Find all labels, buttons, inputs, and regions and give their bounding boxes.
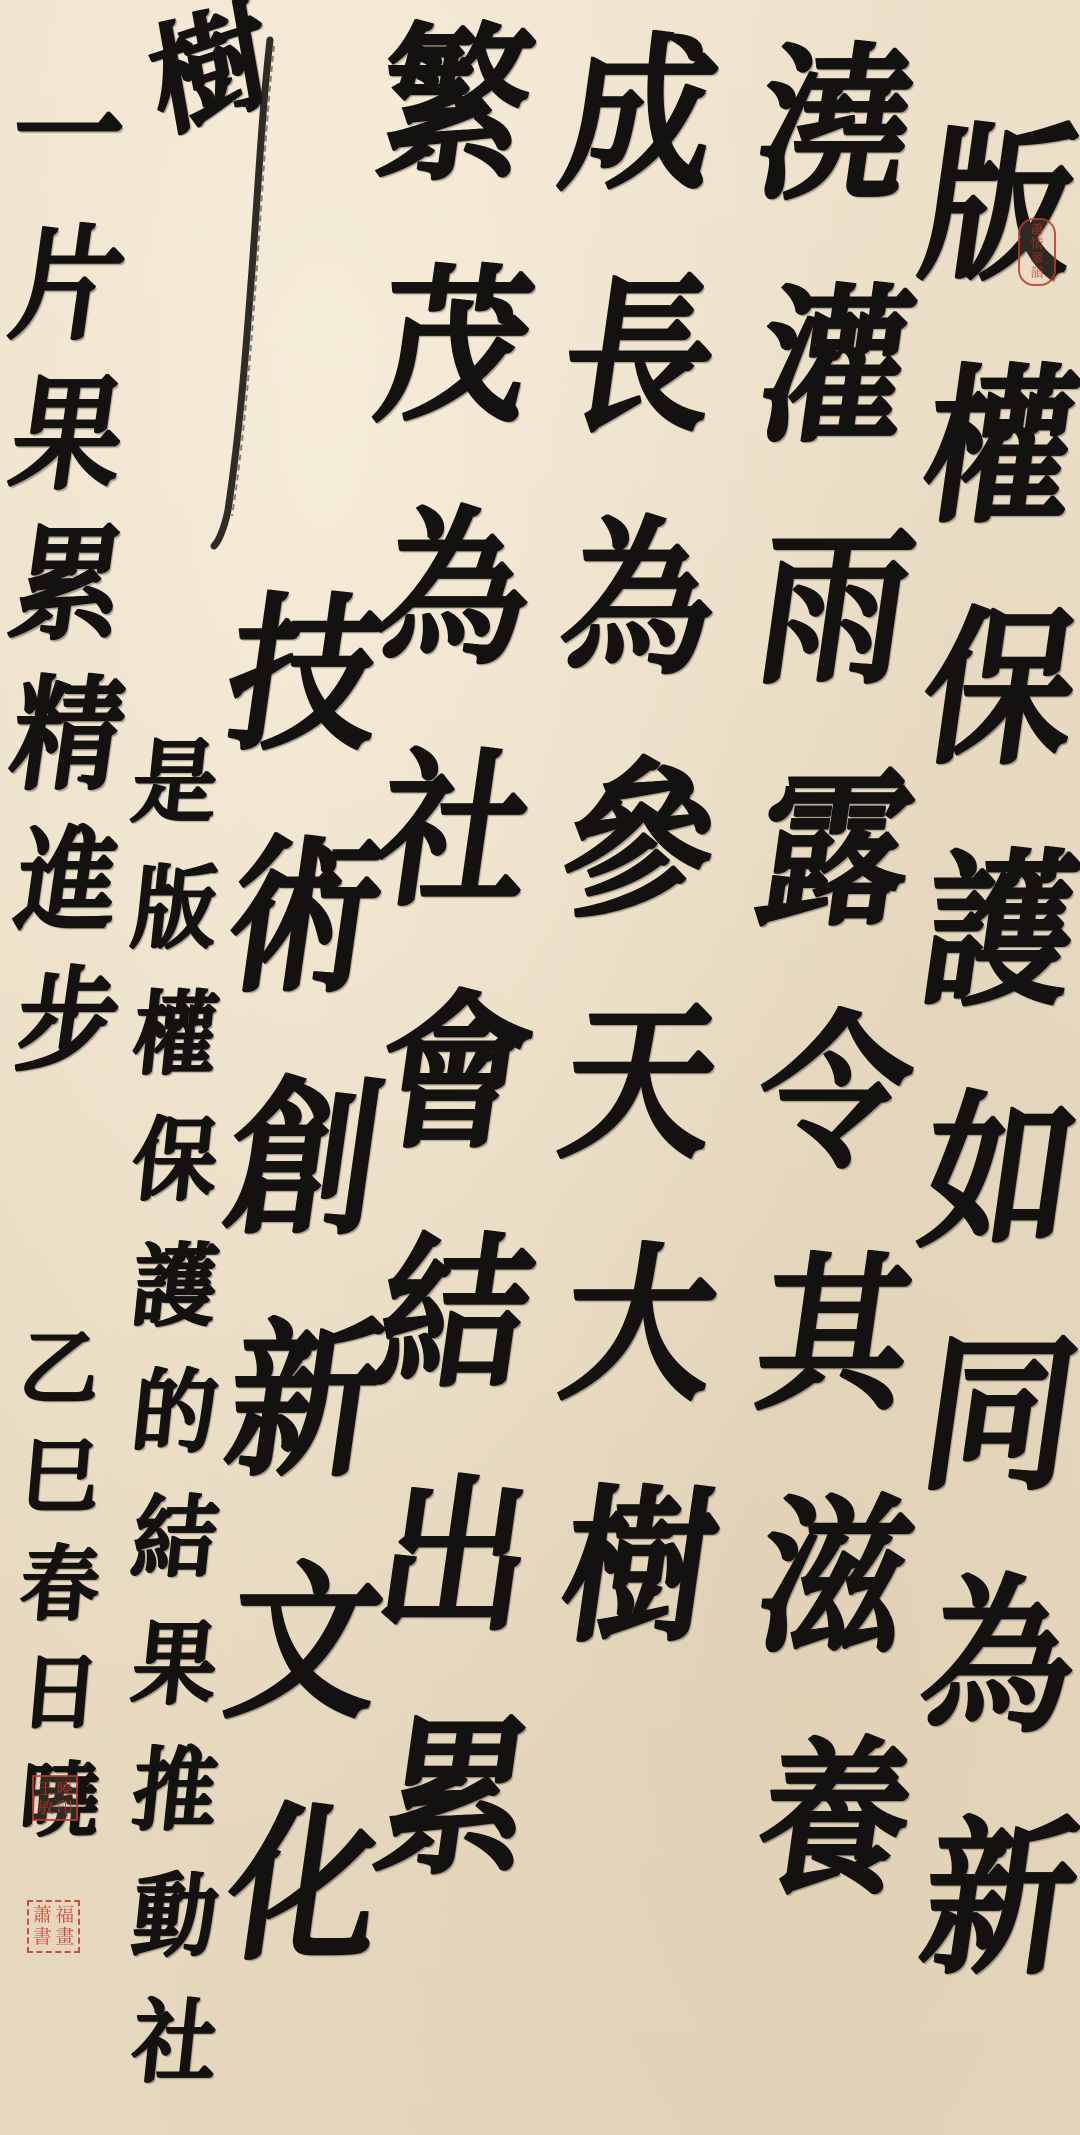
- glyph: 新: [218, 1317, 392, 1485]
- text-column-5: 技 術 創 新 文 化: [225, 600, 385, 2052]
- seal-glyph: 印: [56, 1800, 72, 1816]
- glyph: 令: [748, 1009, 922, 1177]
- glyph: 澆: [748, 41, 922, 209]
- glyph: 累: [368, 1715, 542, 1883]
- glyph: 樹: [553, 1483, 727, 1651]
- seal-glyph: 畫: [55, 1928, 74, 1947]
- glyph: 是: [128, 737, 222, 828]
- inscription-column: 是 版 權 保 護 的 結 果 推 動 社: [120, 740, 230, 2126]
- text-column-4: 繁 茂 為 社 會 結 出 累: [375, 30, 535, 1966]
- glyph: 同: [913, 1331, 1080, 1499]
- glyph: 成: [553, 31, 727, 199]
- seal-glyph: 敏: [37, 1800, 53, 1816]
- glyph: 如: [913, 1089, 1080, 1257]
- glyph: 社: [368, 747, 542, 915]
- glyph: 新: [913, 1815, 1080, 1983]
- glyph: 保: [128, 1115, 222, 1206]
- glyph: 護: [913, 847, 1080, 1015]
- glyph: 其: [748, 1251, 922, 1419]
- seal-glyph: 福: [55, 1906, 74, 1925]
- glyph: 為: [368, 505, 542, 673]
- glyph: 進: [10, 824, 126, 936]
- glyph: 化: [218, 1801, 392, 1969]
- seal-glyph: 蕭: [1030, 224, 1043, 237]
- glyph: 春: [17, 1544, 102, 1626]
- glyph: 灌: [748, 283, 922, 451]
- glyph: 一: [4, 73, 131, 196]
- seal-glyph: 情: [1030, 238, 1043, 251]
- glyph: 果: [4, 373, 131, 496]
- studio-seal: 蕭 福 書 畫: [27, 1900, 80, 1953]
- glyph: 步: [10, 964, 126, 1076]
- glyph: 動: [128, 1871, 222, 1962]
- text-column-7: 一 片 果 累 精 進 步: [8, 80, 128, 1110]
- glyph: 為: [913, 1573, 1080, 1741]
- glyph: 結: [128, 1493, 222, 1584]
- glyph: 文: [218, 1559, 392, 1727]
- text-column-2: 澆 灌 雨 露 令 其 滋 養: [760, 50, 910, 1986]
- glyph: 創: [218, 1075, 392, 1243]
- glyph: 推: [128, 1745, 222, 1836]
- glyph: 累: [4, 523, 131, 646]
- glyph: 護: [128, 1241, 222, 1332]
- glyph: 技: [218, 591, 392, 759]
- glyph: 術: [218, 833, 392, 1001]
- seal-glyph: 書: [33, 1928, 52, 1947]
- glyph: 精: [4, 673, 131, 796]
- glyph: 版: [128, 863, 222, 954]
- glyph: 會: [368, 989, 542, 1157]
- glyph: 日: [17, 1652, 102, 1734]
- text-column-6: 樹: [140, 10, 280, 222]
- glyph: 雨: [748, 525, 922, 693]
- glyph: 社: [128, 1997, 222, 2088]
- glyph: 茂: [368, 263, 542, 431]
- glyph: 繁: [368, 21, 542, 189]
- glyph: 結: [368, 1231, 542, 1399]
- glyph: 出: [368, 1473, 542, 1641]
- leisure-seal: 蕭 情 翠 韻: [1018, 218, 1056, 286]
- glyph: 權: [128, 989, 222, 1080]
- glyph: 巳: [17, 1436, 102, 1518]
- glyph: 果: [128, 1619, 222, 1710]
- glyph: 樹: [142, 0, 277, 148]
- seal-glyph: 翠: [1030, 253, 1043, 266]
- glyph: 參: [553, 757, 727, 925]
- glyph: 的: [128, 1367, 222, 1458]
- glyph: 滋: [748, 1493, 922, 1661]
- name-seal: 王 曉 敏 印: [32, 1775, 78, 1821]
- seal-glyph: 蕭: [33, 1906, 52, 1925]
- glyph: 乙: [17, 1328, 102, 1410]
- glyph: 長: [553, 273, 727, 441]
- seal-glyph: 王: [37, 1781, 53, 1797]
- glyph: 片: [4, 223, 131, 346]
- calligraphy-scroll: 版 權 保 護 如 同 為 新 澆 灌 雨 露 令 其 滋 養 成 長 為 參 …: [0, 0, 1080, 2135]
- seal-glyph: 韻: [1030, 267, 1043, 280]
- glyph: 天: [553, 999, 727, 1167]
- glyph: 保: [913, 605, 1080, 773]
- text-column-3: 成 長 為 參 天 大 樹: [560, 40, 720, 1826]
- glyph: 大: [553, 1241, 727, 1409]
- glyph: 為: [553, 515, 727, 683]
- glyph: 養: [748, 1735, 922, 1903]
- text-column-1: 版 權 保 護 如 同 為 新: [925, 130, 1075, 2066]
- glyph: 權: [913, 363, 1080, 531]
- glyph: 露: [748, 767, 922, 935]
- seal-glyph: 曉: [56, 1781, 72, 1797]
